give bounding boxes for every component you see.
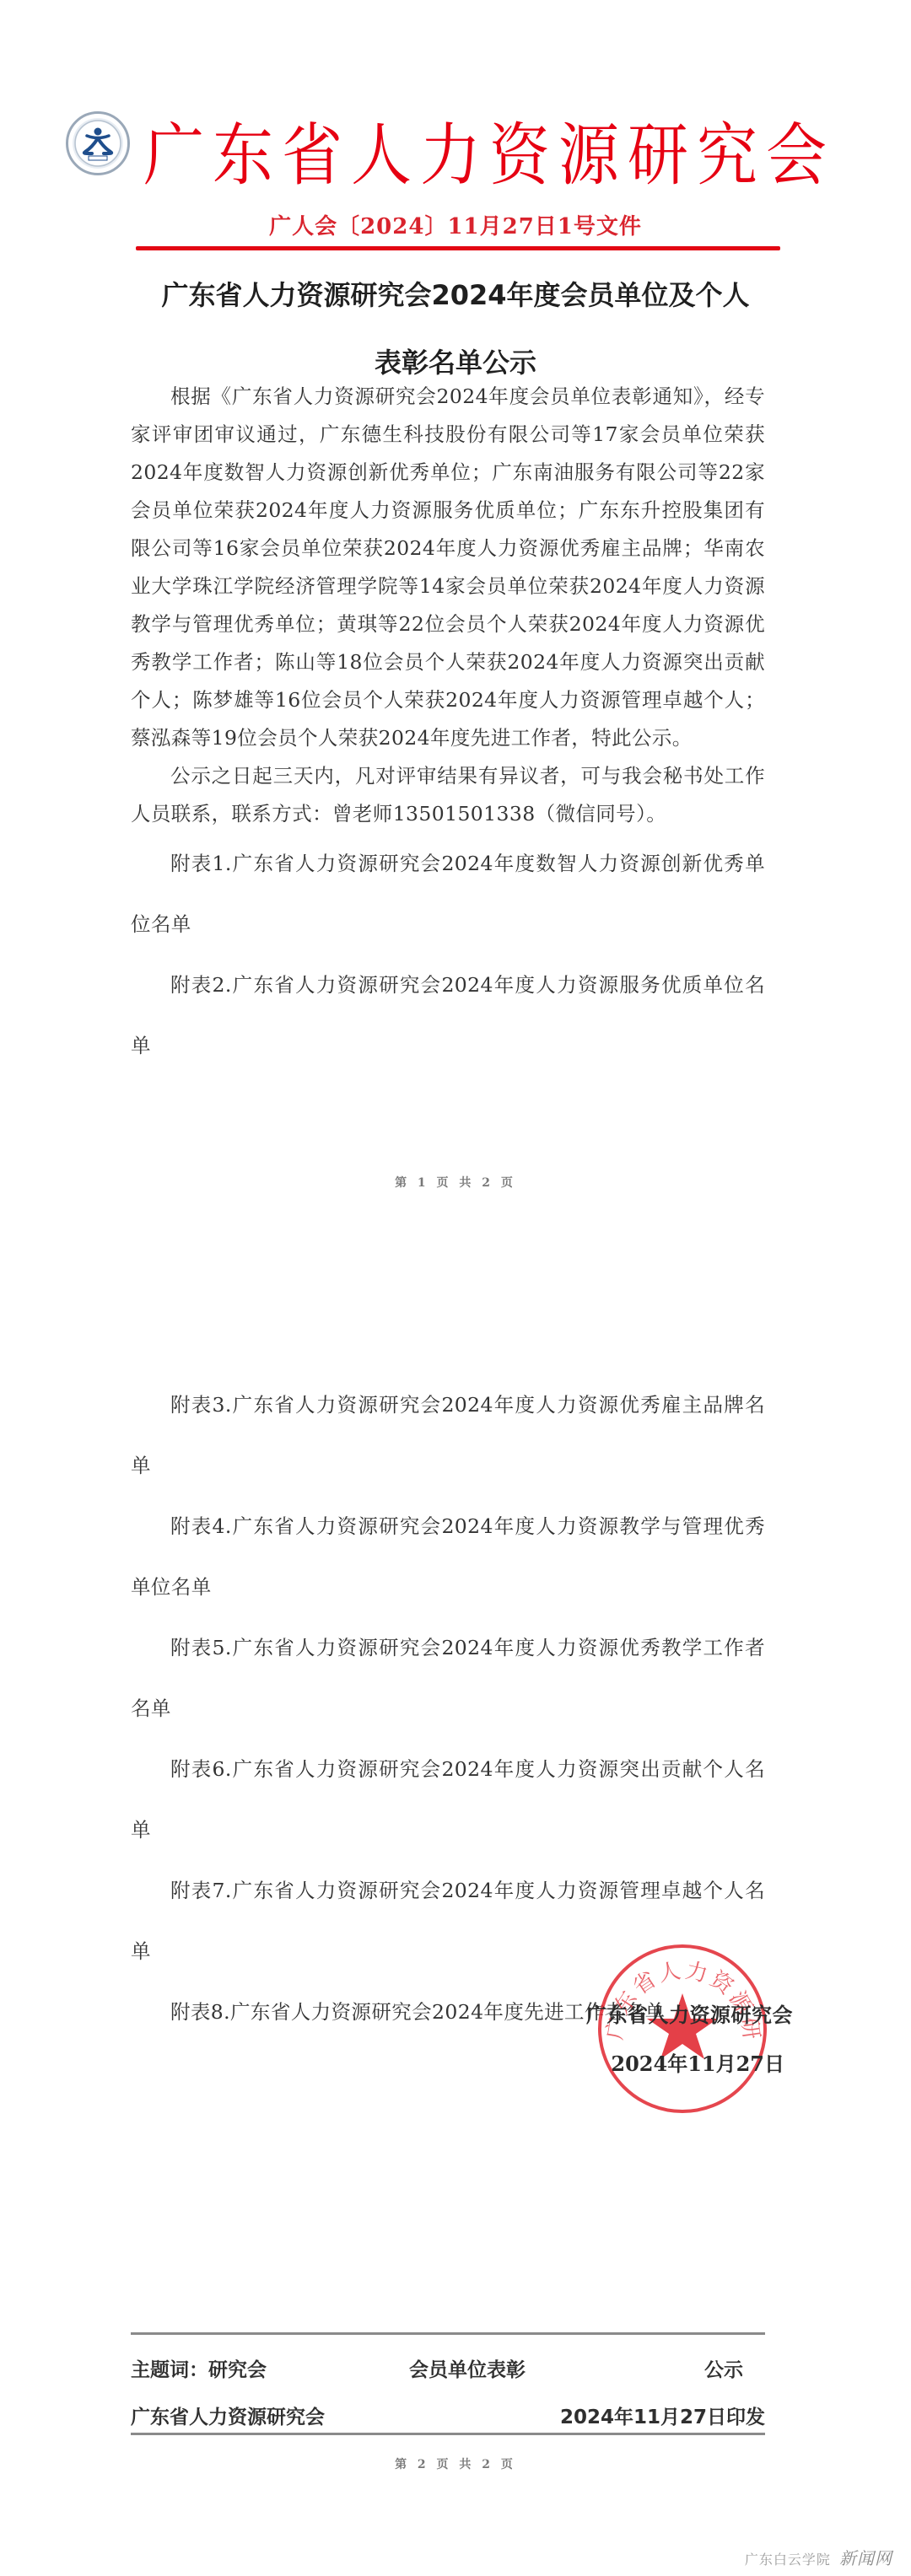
announcement-paragraph: 根据《广东省人力资源研究会2024年度会员单位表彰通知》，经专家评审团审议通过，… bbox=[131, 378, 765, 757]
annex-item-4: 附表4.广东省人力资源研究会2024年度人力资源教学与管理优秀单位名单 bbox=[131, 1496, 765, 1617]
watermark-script: 新闻网 bbox=[839, 2548, 892, 2568]
annex-item-6: 附表6.广东省人力资源研究会2024年度人力资源突出贡献个人名单 bbox=[131, 1739, 765, 1860]
subject-keywords: 主题词：研究会 bbox=[131, 2354, 267, 2382]
document-body-page-1: 根据《广东省人力资源研究会2024年度会员单位表彰通知》，经专家评审团审议通过，… bbox=[131, 378, 765, 1076]
annex-item-2: 附表2.广东省人力资源研究会2024年度人力资源服务优质单位名单 bbox=[131, 955, 765, 1076]
subject-keyword-right: 公示 bbox=[704, 2354, 743, 2382]
masthead: 广东省人力资源研究会 bbox=[66, 108, 791, 201]
document-title: 广东省人力资源研究会2024年度会员单位及个人 表彰名单公示 bbox=[118, 261, 793, 396]
annex-item-3: 附表3.广东省人力资源研究会2024年度人力资源优秀雇主品牌名单 bbox=[131, 1374, 765, 1496]
issue-date: 2024年11月27日印发 bbox=[560, 2401, 765, 2429]
objection-contact-paragraph: 公示之日起三天内，凡对评审结果有异议者，可与我会秘书处工作人员联系，联系方式：曾… bbox=[131, 757, 765, 833]
signature-organization: 广东省人力资源研究会 bbox=[540, 1998, 793, 2028]
colophon-top-rule bbox=[131, 2332, 765, 2335]
org-title: 广东省人力资源研究会 bbox=[143, 108, 835, 202]
colophon-bottom-rule bbox=[131, 2433, 765, 2435]
page-number-2: 第 2 页 共 2 页 bbox=[0, 2455, 911, 2472]
signature-date: 2024年11月27日 bbox=[540, 2047, 784, 2077]
title-line-1: 广东省人力资源研究会2024年度会员单位及个人 bbox=[118, 261, 793, 329]
official-seal-icon: 广东省人力资源研究会 bbox=[595, 1941, 770, 2116]
document-number: 广人会〔2024〕11月27日1号文件 bbox=[0, 209, 911, 240]
association-emblem-icon bbox=[66, 111, 130, 175]
annex-item-5: 附表5.广东省人力资源研究会2024年度人力资源优秀教学工作者名单 bbox=[131, 1617, 765, 1739]
page-number-1: 第 1 页 共 2 页 bbox=[0, 1174, 911, 1191]
watermark-source: 广东白云学院 bbox=[745, 2552, 831, 2568]
source-watermark: 广东白云学院 新闻网 bbox=[745, 2545, 892, 2569]
red-divider bbox=[136, 246, 780, 250]
issuer: 广东省人力资源研究会 bbox=[131, 2401, 325, 2429]
annex-item-1: 附表1.广东省人力资源研究会2024年度数智人力资源创新优秀单位名单 bbox=[131, 833, 765, 955]
subject-keyword-middle: 会员单位表彰 bbox=[409, 2354, 526, 2382]
